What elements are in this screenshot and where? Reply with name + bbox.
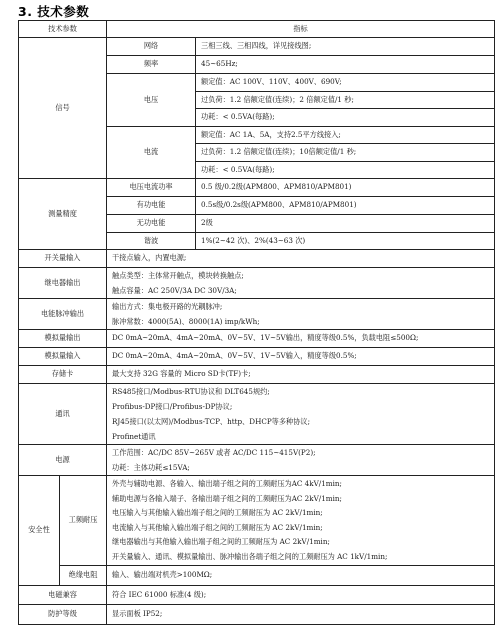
header-param: 技术参数	[19, 21, 107, 38]
signal-label: 信号	[19, 38, 107, 179]
relay-output-value: 触点类型：主体常开触点，模块转换触点; 触点容量：AC 250V/3A DC 3…	[107, 268, 495, 299]
communication-value: RS485接口/Modbus-RTU协议和 DLT645规约; Profibus…	[107, 384, 495, 445]
voltage-overload: 过负荷：1.2 倍额定值(连续)；2 倍额定值/1 秒;	[196, 91, 495, 109]
accuracy-active-value: 0.5s级/0.2s级(APM800、APM810/APM801)	[196, 197, 495, 215]
current-rated: 额定值：AC 1A、5A，支持2.5平方线接入;	[196, 126, 495, 144]
analog-output-value: DC 0mA~20mA、4mA~20mA、0V~5V、1V~5V输出，精度等级0…	[107, 330, 495, 348]
insulation-label: 绝缘电阻	[60, 566, 107, 586]
technical-parameters-table: 技术参数 指标 信号 网络 三相三线、三相四线，详见接线图; 频率 45~65H…	[18, 20, 495, 625]
relay-contact-type: 触点类型：主体常开触点，模块转换触点;	[112, 268, 489, 283]
accuracy-reactive-value: 2级	[196, 215, 495, 233]
pulse-output-label: 电能脉冲输出	[19, 299, 107, 330]
accuracy-active-label: 有功电能	[107, 197, 196, 215]
section-title: 3. 技术参数	[18, 2, 89, 20]
power-range: 工作范围：AC/DC 85V~265V 或者 AC/DC 115~415V(P2…	[112, 445, 489, 460]
comm-profibus: Profibus-DP接口/Profibus-DP协议;	[112, 399, 489, 414]
relay-output-label: 继电器输出	[19, 268, 107, 299]
insulation-value: 输入、输出端对机壳>100MΩ;	[107, 566, 495, 586]
pulse-output-mode: 输出方式：集电极开路的光耦脉冲;	[112, 299, 489, 314]
accuracy-harmonic-value: 1%(2~42 次)、2%(43~63 次)	[196, 233, 495, 250]
analog-output-label: 模拟量输出	[19, 330, 107, 348]
accuracy-reactive-label: 无功电能	[107, 215, 196, 233]
emc-value: 符合 IEC 61000 标准(4 级);	[107, 586, 495, 605]
table-row: 电能脉冲输出 输出方式：集电极开路的光耦脉冲; 脉冲常数：4000(5A)、80…	[19, 299, 495, 330]
withstand-line-5: 继电器输出与其他输入输出端子组之间的工频耐压为 AC 2kV/1min;	[112, 535, 489, 550]
accuracy-vip-value: 0.5 级/0.2级(APM800、APM810/APM801)	[196, 179, 495, 197]
table-row: 电磁兼容 符合 IEC 61000 标准(4 级);	[19, 586, 495, 605]
comm-profinet: Profinet通讯	[112, 429, 489, 444]
voltage-consumption: 功耗：< 0.5VA(每路);	[196, 109, 495, 127]
table-row: 电源 工作范围：AC/DC 85V~265V 或者 AC/DC 115~415V…	[19, 445, 495, 476]
header-spec: 指标	[107, 21, 495, 38]
withstand-line-1: 外壳与辅助电源、各输入、输出端子组之间的工频耐压为AC 4kV/1min;	[112, 477, 489, 492]
power-supply-label: 电源	[19, 445, 107, 476]
table-row: 测量精度 电压电流功率 0.5 级/0.2级(APM800、APM810/APM…	[19, 179, 495, 197]
frequency-value: 45~65Hz;	[196, 56, 495, 74]
table-row: 存储卡 最大支持 32G 容量的 Micro SD卡(TF)卡;	[19, 366, 495, 384]
emc-label: 电磁兼容	[19, 586, 107, 605]
analog-input-label: 模拟量输入	[19, 348, 107, 366]
withstand-line-3: 电压输入与其他输入输出端子组之间的工频耐压为 AC 2kV/1min;	[112, 506, 489, 521]
switch-input-label: 开关量输入	[19, 250, 107, 268]
table-row: 继电器输出 触点类型：主体常开触点，模块转换触点; 触点容量：AC 250V/3…	[19, 268, 495, 299]
withstand-line-2: 辅助电源与各输入端子、各输出端子组之间的工频耐压为AC 2kV/1min;	[112, 492, 489, 507]
current-label: 电流	[107, 126, 196, 179]
communication-label: 通讯	[19, 384, 107, 445]
network-value: 三相三线、三相四线，详见接线图;	[196, 38, 495, 56]
power-supply-value: 工作范围：AC/DC 85V~265V 或者 AC/DC 115~415V(P2…	[107, 445, 495, 476]
storage-card-label: 存储卡	[19, 366, 107, 384]
withstand-voltage-value: 外壳与辅助电源、各输入、输出端子组之间的工频耐压为AC 4kV/1min; 辅助…	[107, 476, 495, 566]
table-row: 信号 网络 三相三线、三相四线，详见接线图;	[19, 38, 495, 56]
voltage-label: 电压	[107, 74, 196, 127]
analog-input-value: DC 0mA~20mA、4mA~20mA、0V~5V、1V~5V输入，精度等级0…	[107, 348, 495, 366]
safety-label: 安全性	[19, 476, 60, 586]
withstand-line-6: 开关量输入、通讯、模拟量输出、脉冲输出各端子组之间的工频耐压为 AC 1kV/1…	[112, 550, 489, 565]
storage-card-value: 最大支持 32G 容量的 Micro SD卡(TF)卡;	[107, 366, 495, 384]
pulse-output-value: 输出方式：集电极开路的光耦脉冲; 脉冲常数：4000(5A)、8000(1A) …	[107, 299, 495, 330]
table-row: 安全性 工频耐压 外壳与辅助电源、各输入、输出端子组之间的工频耐压为AC 4kV…	[19, 476, 495, 566]
table-header-row: 技术参数 指标	[19, 21, 495, 38]
table-row: 模拟量输出 DC 0mA~20mA、4mA~20mA、0V~5V、1V~5V输出…	[19, 330, 495, 348]
withstand-voltage-label: 工频耐压	[60, 476, 107, 566]
frequency-label: 频率	[107, 56, 196, 74]
pulse-constant: 脉冲常数：4000(5A)、8000(1A) imp/kWh;	[112, 314, 489, 329]
network-label: 网络	[107, 38, 196, 56]
accuracy-label: 测量精度	[19, 179, 107, 250]
power-consumption: 功耗：主体功耗≤15VA;	[112, 460, 489, 475]
table-row: 防护等级 显示面板 IP52;	[19, 605, 495, 625]
current-overload: 过负荷：1.2 倍额定值(连续)；10倍额定值/1 秒;	[196, 144, 495, 162]
protection-label: 防护等级	[19, 605, 107, 625]
voltage-rated: 额定值：AC 100V、110V、400V、690V;	[196, 74, 495, 92]
accuracy-vip-label: 电压电流功率	[107, 179, 196, 197]
accuracy-harmonic-label: 谐波	[107, 233, 196, 250]
comm-rs485: RS485接口/Modbus-RTU协议和 DLT645规约;	[112, 384, 489, 399]
table-row: 开关量输入 干接点输入，内置电源;	[19, 250, 495, 268]
switch-input-value: 干接点输入，内置电源;	[107, 250, 495, 268]
comm-rj45: RJ45接口(以太网)/Modbus-TCP、http、DHCP等多种协议;	[112, 414, 489, 429]
table-row: 通讯 RS485接口/Modbus-RTU协议和 DLT645规约; Profi…	[19, 384, 495, 445]
current-consumption: 功耗：< 0.5VA(每路);	[196, 161, 495, 179]
table-row: 模拟量输入 DC 0mA~20mA、4mA~20mA、0V~5V、1V~5V输入…	[19, 348, 495, 366]
protection-value: 显示面板 IP52;	[107, 605, 495, 625]
withstand-line-4: 电流输入与其他输入输出端子组之间的工频耐压为 AC 2kV/1min;	[112, 521, 489, 536]
table-row: 绝缘电阻 输入、输出端对机壳>100MΩ;	[19, 566, 495, 586]
relay-contact-capacity: 触点容量：AC 250V/3A DC 30V/3A;	[112, 283, 489, 298]
